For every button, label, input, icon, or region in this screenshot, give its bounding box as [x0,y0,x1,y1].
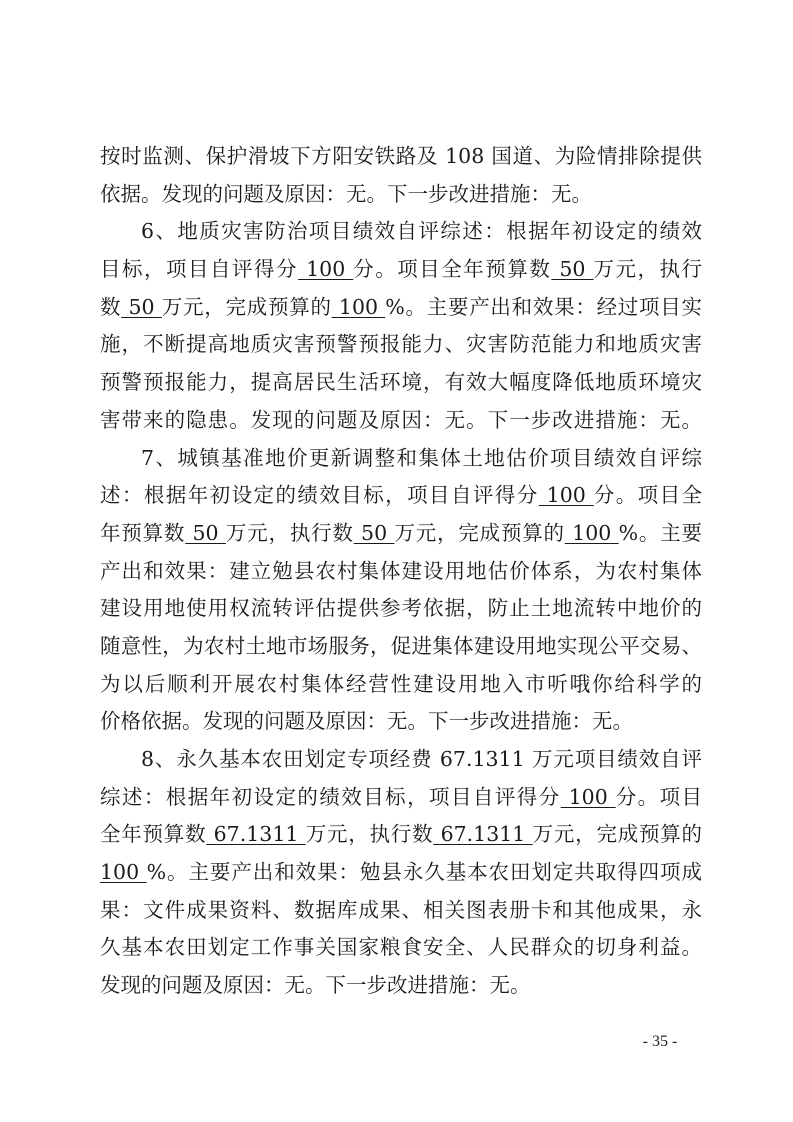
text-run: 万元，执行数 [226,521,354,545]
text-line: 果：文件成果资料、数据库成果、相关图表册卡和其他成果，永 [100,892,702,930]
executed-value: 50 [121,295,162,319]
text-line: 害带来的隐患。发现的问题及原因：无。下一步改进措施：无。 [100,402,702,440]
text-line: 年预算数 50 万元，执行数 50 万元，完成预算的 100 %。主要 [100,515,702,553]
text-run: 久基本农田划定工作事关国家粮食安全、人民群众的切身利益。 [100,935,702,959]
paragraph-6-start: 6、地质灾害防治项目绩效自评综述：根据年初设定的绩效 [100,213,702,251]
text-run: 价格依据。发现的问题及原因：无。下一步改进措施：无。 [100,709,633,733]
score-value: 100 [298,257,353,281]
text-run: 预警预报能力，提高居民生活环境，有效大幅度降低地质环境灾 [100,370,702,394]
text-line: 久基本农田划定工作事关国家粮食安全、人民群众的切身利益。 [100,929,702,967]
text-run: 7、城镇基准地价更新调整和集体土地估价项目绩效自评综 [141,446,702,470]
text-line: 述：根据年初设定的绩效目标，项目自评得分 100 分。项目全 [100,477,702,515]
text-run: 发现的问题及原因：无。下一步改进措施：无。 [100,973,531,997]
text-run: 万元，完成预算的 [533,822,702,846]
document-page: 按时监测、保护滑坡下方阳安铁路及 108 国道、为险情排除提供 依据。发现的问题… [0,0,793,1122]
text-run: 分。项目全 [594,483,702,507]
text-line: 发现的问题及原因：无。下一步改进措施：无。 [100,967,702,1005]
text-line: 全年预算数 67.1311 万元，执行数 67.1311 万元，完成预算的 [100,816,702,854]
budget-value: 50 [551,257,593,281]
executed-value: 67.1311 [433,822,532,846]
text-line: 综述：根据年初设定的绩效目标，项目自评得分 100 分。项目 [100,779,702,817]
score-value: 100 [561,785,616,809]
text-line: 预警预报能力，提高居民生活环境，有效大幅度降低地质环境灾 [100,364,702,402]
text-run: %。主要产出和效果：勉县永久基本农田划定共取得四项成 [147,860,702,884]
text-run: 按时监测、保护滑坡下方阳安铁路及 108 国道、为险情排除提供 [100,144,702,168]
completion-percent: 100 [332,295,386,319]
text-run: 分。项目全年预算数 [353,257,551,281]
paragraph-8-start: 8、永久基本农田划定专项经费 67.1311 万元项目绩效自评 [100,741,702,779]
text-run: 产出和效果：建立勉县农村集体建设用地估价体系，为农村集体 [100,559,702,583]
text-run: 年预算数 [100,521,185,545]
budget-value: 50 [185,521,226,545]
text-run: 综述：根据年初设定的绩效目标，项目自评得分 [100,785,561,809]
text-run: %。主要产出和效果：经过项目实 [385,295,702,319]
text-run: 随意性，为农村土地市场服务，促进集体建设用地实现公平交易、 [100,634,702,658]
text-line: 为以后顺利开展农村集体经营性建设用地入市听哦你给科学的 [100,666,702,704]
page-number: - 35 - [630,1033,690,1051]
text-run: 为以后顺利开展农村集体经营性建设用地入市听哦你给科学的 [100,672,702,696]
paragraph-7-start: 7、城镇基准地价更新调整和集体土地估价项目绩效自评综 [100,440,702,478]
text-line: 依据。发现的问题及原因：无。下一步改进措施：无。 [100,176,702,214]
text-run: 6、地质灾害防治项目绩效自评综述：根据年初设定的绩效 [141,219,702,243]
text-line: 目标，项目自评得分 100 分。项目全年预算数 50 万元，执行 [100,251,702,289]
text-run: 万元，完成预算的 [162,295,332,319]
text-line: 100 %。主要产出和效果：勉县永久基本农田划定共取得四项成 [100,854,702,892]
text-run: 8、永久基本农田划定专项经费 67.1311 万元项目绩效自评 [141,747,702,771]
body-text: 按时监测、保护滑坡下方阳安铁路及 108 国道、为险情排除提供 依据。发现的问题… [100,138,702,1005]
text-line: 按时监测、保护滑坡下方阳安铁路及 108 国道、为险情排除提供 [100,138,702,176]
text-line: 价格依据。发现的问题及原因：无。下一步改进措施：无。 [100,703,702,741]
text-run: 建设用地使用权流转评估提供参考依据，防止土地流转中地价的 [100,596,702,620]
text-run: 害带来的隐患。发现的问题及原因：无。下一步改进措施：无。 [100,408,702,432]
text-line: 施，不断提高地质灾害预警预报能力、灾害防范能力和地质灾害 [100,326,702,364]
text-run: 数 [100,295,121,319]
text-run: 万元，执行数 [306,822,434,846]
text-run: 万元，完成预算的 [394,521,564,545]
completion-percent: 100 [100,860,147,884]
text-run: 果：文件成果资料、数据库成果、相关图表册卡和其他成果，永 [100,898,702,922]
text-run: 全年预算数 [100,822,206,846]
text-run: 依据。发现的问题及原因：无。下一步改进措施：无。 [100,182,592,206]
text-run: %。主要 [619,521,702,545]
text-run: 万元，执行 [593,257,702,281]
score-value: 100 [539,483,594,507]
text-run: 目标，项目自评得分 [100,257,298,281]
text-line: 产出和效果：建立勉县农村集体建设用地估价体系，为农村集体 [100,553,702,591]
completion-percent: 100 [565,521,619,545]
text-run: 述：根据年初设定的绩效目标，项目自评得分 [100,483,539,507]
executed-value: 50 [354,521,395,545]
text-line: 数 50 万元，完成预算的 100 %。主要产出和效果：经过项目实 [100,289,702,327]
text-line: 建设用地使用权流转评估提供参考依据，防止土地流转中地价的 [100,590,702,628]
text-run: 施，不断提高地质灾害预警预报能力、灾害防范能力和地质灾害 [100,332,702,356]
budget-value: 67.1311 [206,822,305,846]
text-line: 随意性，为农村土地市场服务，促进集体建设用地实现公平交易、 [100,628,702,666]
text-run: 分。项目 [616,785,702,809]
